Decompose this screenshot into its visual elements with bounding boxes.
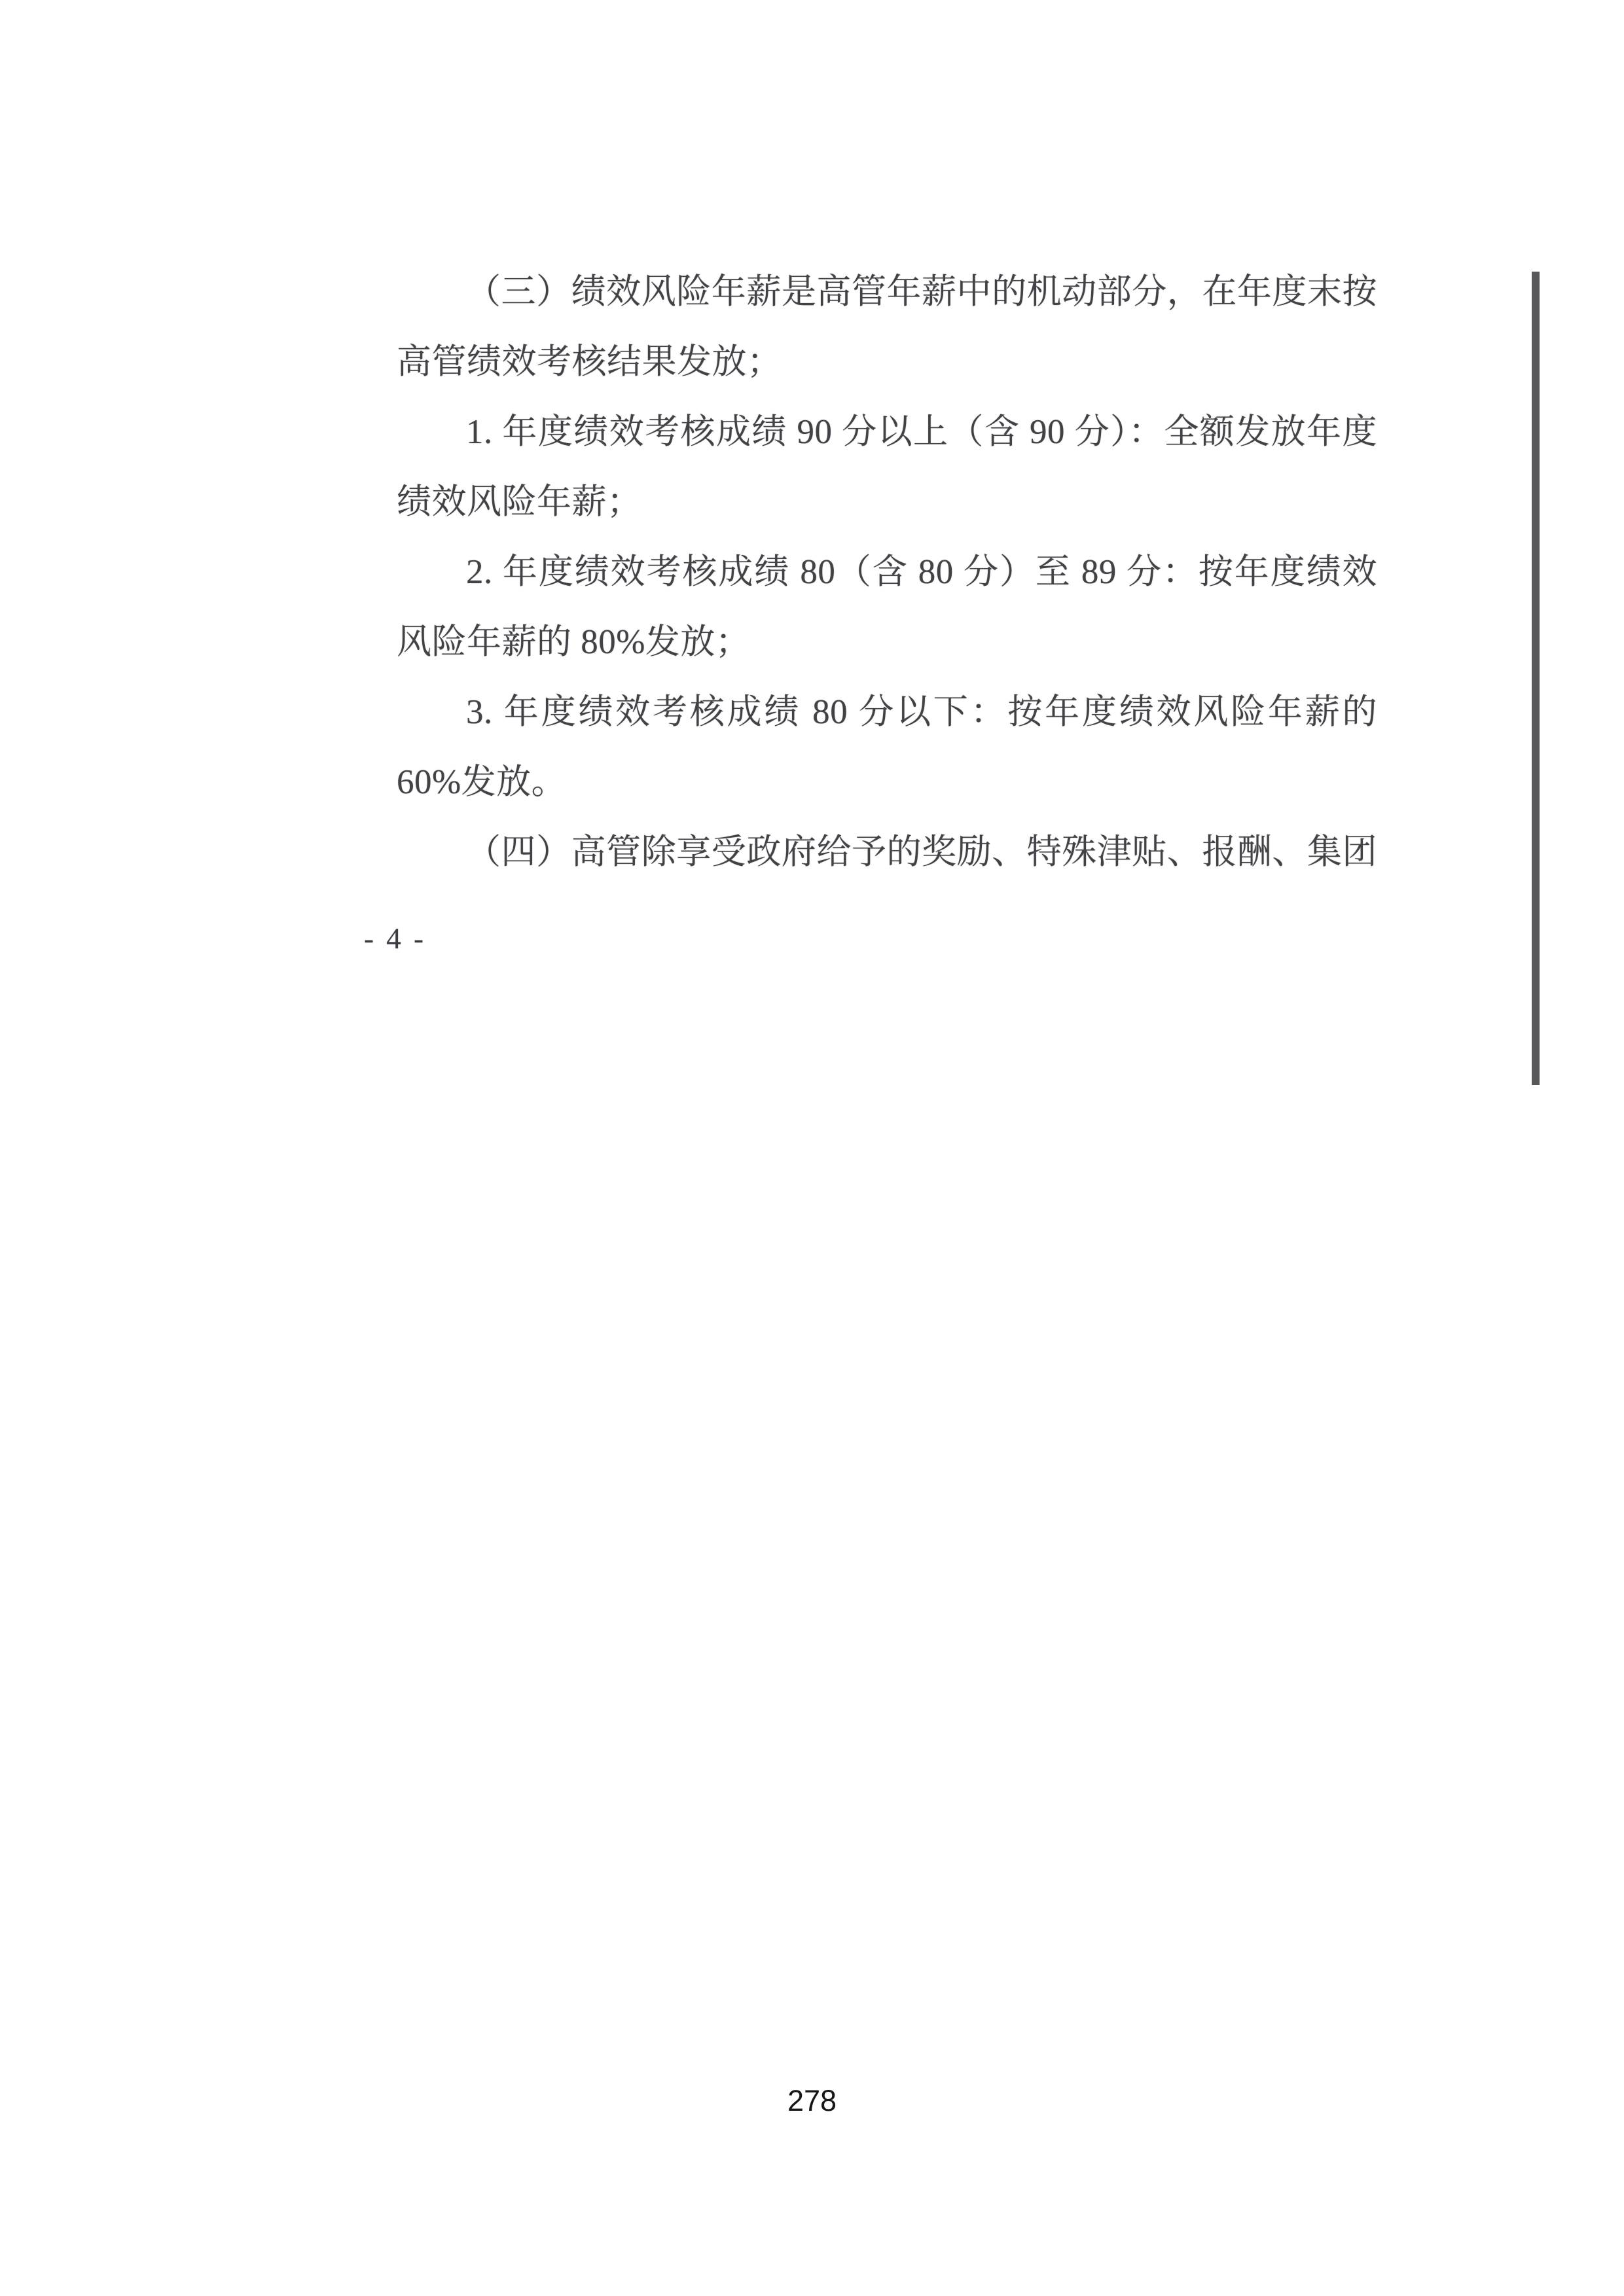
text-line: 1. 年度绩效考核成绩 90 分以上（含 90 分）：全额发放年度 (397, 397, 1377, 467)
document-page: （三）绩效风险年薪是高管年薪中的机动部分，在年度末按 高管绩效考核结果发放； 1… (0, 0, 1624, 2296)
vertical-margin-bar (1532, 272, 1540, 1085)
pdf-page-number: 278 (0, 2084, 1624, 2118)
text-line: 绩效风险年薪； (397, 467, 1377, 537)
text-line: 60%发放。 (397, 747, 1377, 817)
text-line: （三）绩效风险年薪是高管年薪中的机动部分，在年度末按 (397, 257, 1377, 327)
text-line: 3. 年度绩效考核成绩 80 分以下：按年度绩效风险年薪的 (397, 677, 1377, 747)
text-line: 高管绩效考核结果发放； (397, 327, 1377, 397)
scanned-text-block: （三）绩效风险年薪是高管年薪中的机动部分，在年度末按 高管绩效考核结果发放； 1… (397, 257, 1377, 888)
text-line: 2. 年度绩效考核成绩 80（含 80 分）至 89 分：按年度绩效 (397, 537, 1377, 607)
text-line: 风险年薪的 80%发放； (397, 607, 1377, 677)
scanned-page-number-label: - 4 - (364, 920, 426, 957)
text-line: （四）高管除享受政府给予的奖励、特殊津贴、报酬、集团 (397, 817, 1377, 888)
